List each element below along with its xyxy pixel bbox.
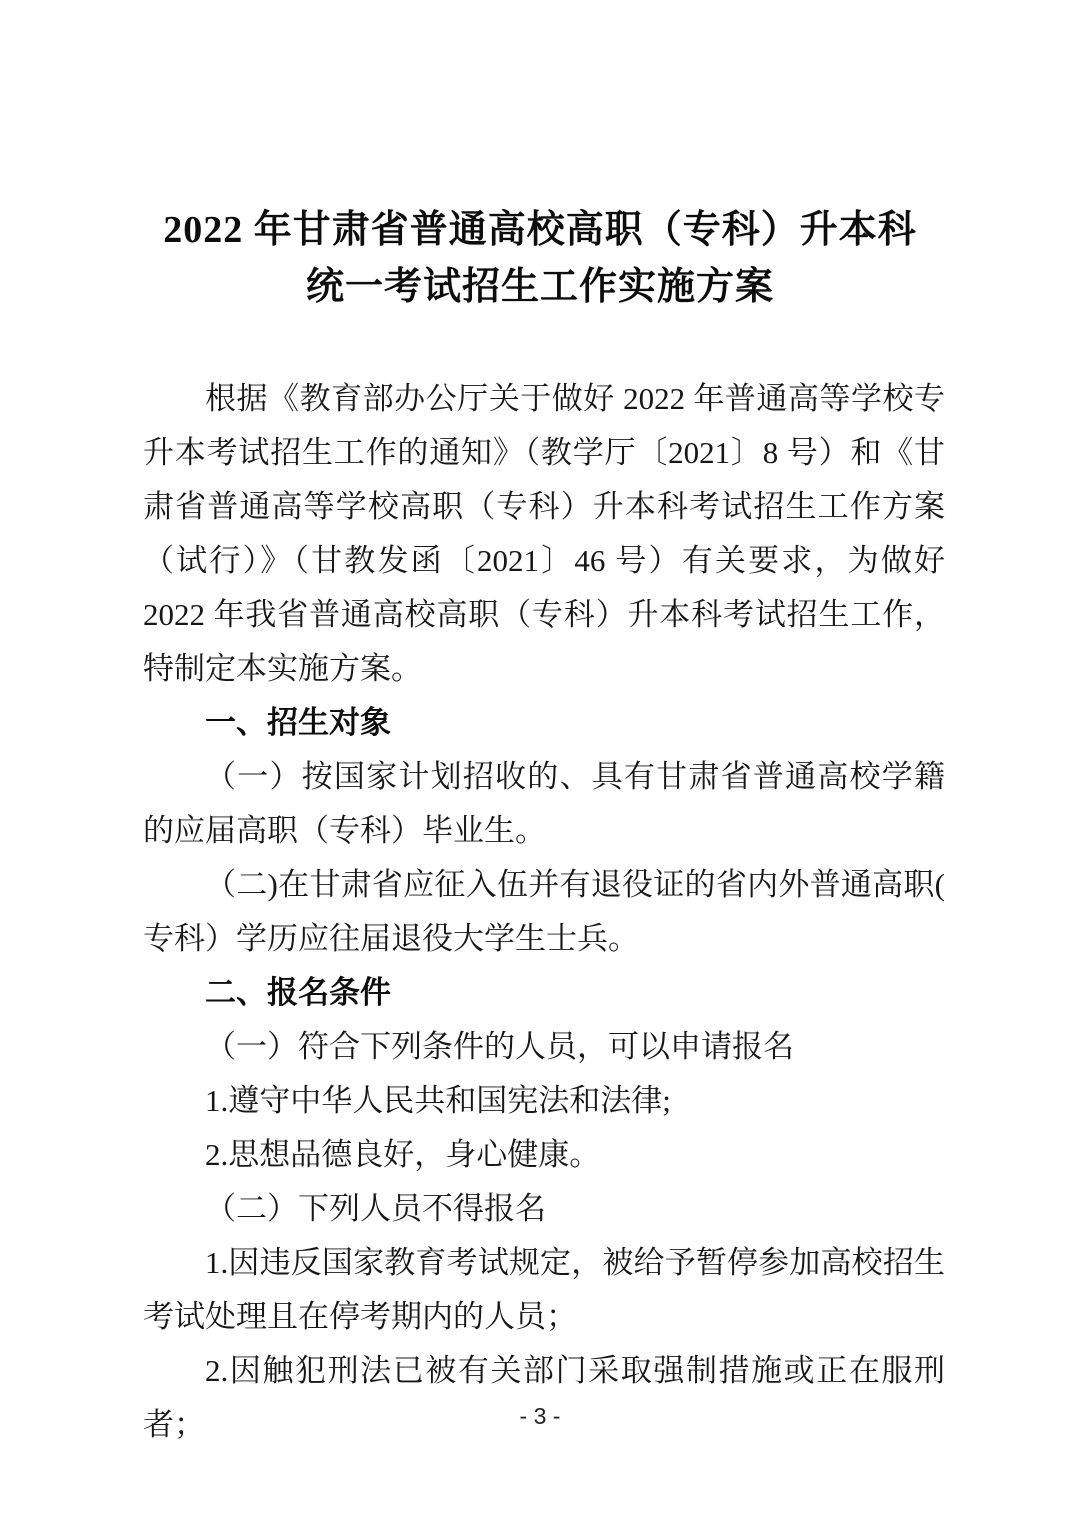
document-title: 2022 年甘肃省普通高校高职（专科）升本科 统一考试招生工作实施方案 xyxy=(0,0,1080,316)
section-1-item-1: （一）按国家计划招收的、具有甘肃省普通高校学籍的应届高职（专科）毕业生。 xyxy=(143,750,945,858)
section-2-item-2: （二）下列人员不得报名 xyxy=(143,1182,945,1236)
section-2-heading: 二、报名条件 xyxy=(143,966,945,1020)
document-title-line-2: 统一考试招生工作实施方案 xyxy=(0,259,1080,316)
section-2-restriction-1: 1.因违反国家教育考试规定，被给予暂停参加高校招生考试处理且在停考期内的人员； xyxy=(143,1236,945,1344)
section-2-restriction-2: 2.因触犯刑法已被有关部门采取强制措施或正在服刑者； xyxy=(143,1344,945,1452)
document-page: 2022 年甘肃省普通高校高职（专科）升本科 统一考试招生工作实施方案 根据《教… xyxy=(0,0,1080,1527)
section-1-heading: 一、招生对象 xyxy=(143,696,945,750)
document-body: 根据《教育部办公厅关于做好 2022 年普通高等学校专升本考试招生工作的通知》（… xyxy=(143,372,945,1452)
section-1-item-2: （二)在甘肃省应征入伍并有退役证的省内外普通高职( 专科）学历应往届退役大学生士… xyxy=(143,858,945,966)
paragraph-intro: 根据《教育部办公厅关于做好 2022 年普通高等学校专升本考试招生工作的通知》（… xyxy=(143,372,945,696)
document-title-line-1: 2022 年甘肃省普通高校高职（专科）升本科 xyxy=(0,202,1080,259)
section-2-rule-2: 2.思想品德良好，身心健康。 xyxy=(143,1128,945,1182)
section-2-rule-1: 1.遵守中华人民共和国宪法和法律; xyxy=(143,1074,945,1128)
section-2-item-1: （一）符合下列条件的人员，可以申请报名 xyxy=(143,1020,945,1074)
page-number: - 3 - xyxy=(0,1402,1080,1430)
